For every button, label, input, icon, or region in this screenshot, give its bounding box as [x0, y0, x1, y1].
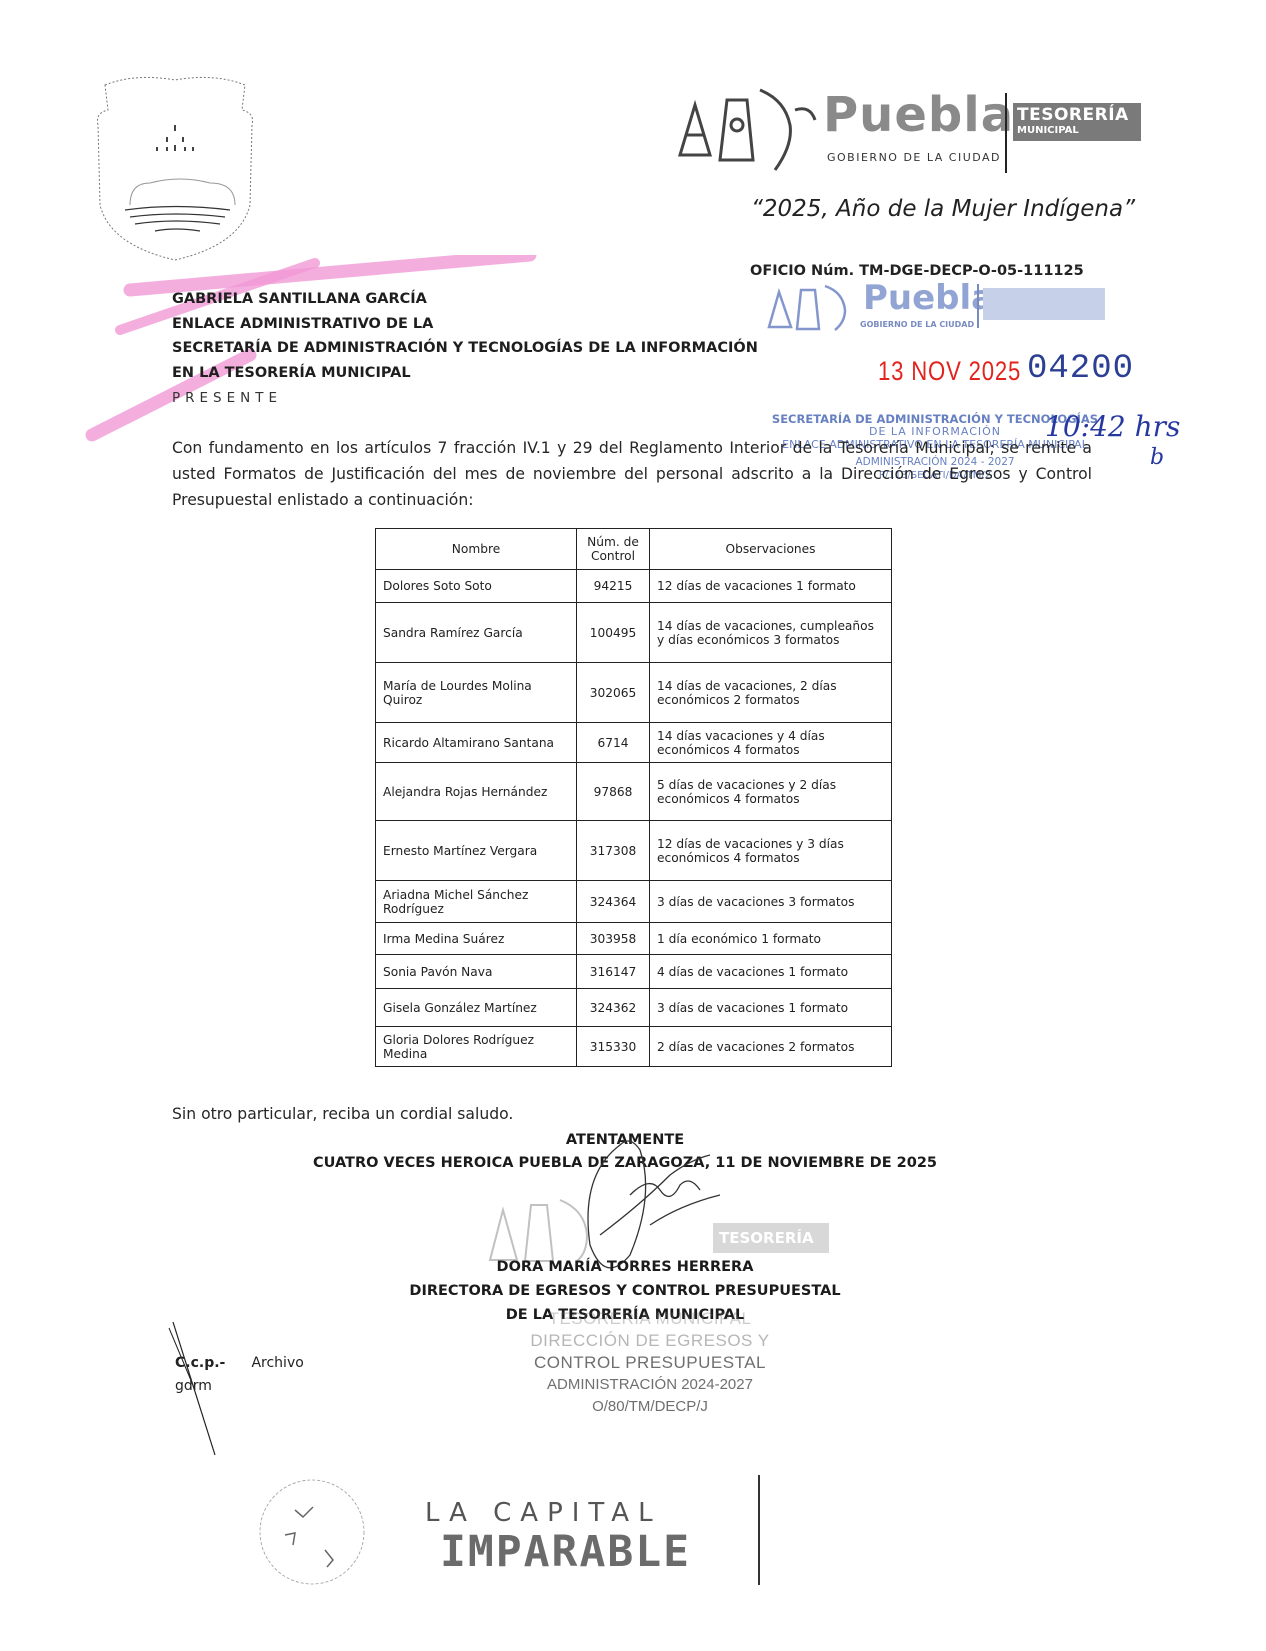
addressee-title-1: ENLACE ADMINISTRATIVO DE LA	[172, 312, 758, 337]
cell-control: 316147	[577, 955, 650, 989]
cell-name: Ricardo Altamirano Santana	[376, 723, 577, 763]
cell-observations: 12 días de vacaciones 1 formato	[650, 570, 892, 603]
table-row: Ernesto Martínez Vergara 317308 12 días …	[376, 821, 892, 881]
reception-stamp-logo: Puebla GOBIERNO DE LA CIUDAD	[765, 282, 1105, 332]
header-control: Núm. de Control	[577, 529, 650, 570]
cell-name: Gloria Dolores Rodríguez Medina	[376, 1027, 577, 1067]
addressee-title-2: SECRETARÍA DE ADMINISTRACIÓN Y TECNOLOGÍ…	[172, 336, 758, 361]
table-row: Sandra Ramírez García 100495 14 días de …	[376, 603, 892, 663]
department-stamp: TESORERÍA MUNICIPAL DIRECCIÓN DE EGRESOS…	[480, 1308, 820, 1418]
tesoreria-badge-title: TESORERÍA	[1017, 105, 1129, 125]
logo-divider	[1005, 93, 1007, 173]
reception-folio: 04200	[1027, 350, 1134, 388]
cell-control: 94215	[577, 570, 650, 603]
table-row: Alejandra Rojas Hernández 97868 5 días d…	[376, 763, 892, 821]
table-row: Irma Medina Suárez 303958 1 día económic…	[376, 923, 892, 955]
cell-control: 315330	[577, 1027, 650, 1067]
dept-stamp-line-1: TESORERÍA MUNICIPAL	[480, 1308, 820, 1330]
table-row: Gisela González Martínez 324362 3 días d…	[376, 989, 892, 1027]
header-observations: Observaciones	[650, 529, 892, 570]
table-row: Ricardo Altamirano Santana 6714 14 días …	[376, 723, 892, 763]
body-paragraph: Con fundamento en los artículos 7 fracci…	[172, 435, 1092, 513]
tesoreria-badge: TESORERÍA MUNICIPAL	[1013, 103, 1141, 141]
cell-observations: 3 días de vacaciones 3 formatos	[650, 881, 892, 923]
dept-stamp-line-3: CONTROL PRESUPUESTAL	[480, 1352, 820, 1374]
equality-seal-icon	[255, 1475, 370, 1590]
cell-control: 303958	[577, 923, 650, 955]
cell-name: Ariadna Michel Sánchez Rodríguez	[376, 881, 577, 923]
table-row: María de Lourdes Molina Quiroz 302065 14…	[376, 663, 892, 723]
stamp-logo-subtitle: GOBIERNO DE LA CIUDAD	[860, 320, 974, 329]
cc-initials: gdrm	[175, 1378, 212, 1394]
dept-stamp-line-4: ADMINISTRACIÓN 2024-2027	[480, 1374, 820, 1396]
cell-control: 324364	[577, 881, 650, 923]
table-row: Sonia Pavón Nava 316147 4 días de vacaci…	[376, 955, 892, 989]
cell-observations: 3 días de vacaciones 1 formato	[650, 989, 892, 1027]
table-row: Gloria Dolores Rodríguez Medina 315330 2…	[376, 1027, 892, 1067]
closing-greeting: Sin otro particular, reciba un cordial s…	[172, 1105, 513, 1123]
cell-name: Gisela González Martínez	[376, 989, 577, 1027]
city-crest-icon	[90, 65, 260, 265]
table-row: Dolores Soto Soto 94215 12 días de vacac…	[376, 570, 892, 603]
signatory-name: DORA MARÍA TORRES HERRERA	[300, 1255, 950, 1279]
header-name: Nombre	[376, 529, 577, 570]
cell-observations: 14 días de vacaciones, cumpleaños y días…	[650, 603, 892, 663]
cell-observations: 4 días de vacaciones 1 formato	[650, 955, 892, 989]
cell-name: Irma Medina Suárez	[376, 923, 577, 955]
stamp-logo-box	[983, 288, 1105, 320]
cell-control: 100495	[577, 603, 650, 663]
cc-label: C.c.p.-	[175, 1355, 247, 1371]
cc-line: C.c.p.- Archivo	[175, 1355, 304, 1371]
tesoreria-badge-subtitle: MUNICIPAL	[1017, 125, 1079, 136]
cell-control: 324362	[577, 989, 650, 1027]
stamp-logo-divider	[977, 284, 979, 328]
puebla-emblem-icon	[675, 85, 820, 175]
cell-name: Sonia Pavón Nava	[376, 955, 577, 989]
cell-name: Ernesto Martínez Vergara	[376, 821, 577, 881]
cell-observations: 1 día económico 1 formato	[650, 923, 892, 955]
table-header-row: Nombre Núm. de Control Observaciones	[376, 529, 892, 570]
cell-observations: 12 días de vacaciones y 3 días económico…	[650, 821, 892, 881]
logo-wordmark: Puebla	[823, 87, 1014, 143]
handwritten-initial: b	[1150, 445, 1164, 470]
dept-stamp-line-2: DIRECCIÓN DE EGRESOS Y	[480, 1330, 820, 1352]
presente-label: PRESENTE	[172, 390, 282, 406]
stamp-logo-wordmark: Puebla	[863, 278, 994, 318]
addressee-name: GABRIELA SANTILLANA GARCÍA	[172, 287, 758, 312]
signatory-title-1: DIRECTORA DE EGRESOS Y CONTROL PRESUPUES…	[300, 1279, 950, 1303]
cell-observations: 5 días de vacaciones y 2 días económicos…	[650, 763, 892, 821]
slogan-top: LA CAPITAL	[425, 1498, 662, 1528]
cell-control: 317308	[577, 821, 650, 881]
cell-name: María de Lourdes Molina Quiroz	[376, 663, 577, 723]
dept-stamp-line-5: O/80/TM/DECP/J	[480, 1396, 820, 1418]
cell-control: 302065	[577, 663, 650, 723]
cell-observations: 2 días de vacaciones 2 formatos	[650, 1027, 892, 1067]
oficio-number: OFICIO Núm. TM-DGE-DECP-O-05-111125	[750, 263, 1084, 279]
cell-name: Alejandra Rojas Hernández	[376, 763, 577, 821]
cell-observations: 14 días vacaciones y 4 días económicos 4…	[650, 723, 892, 763]
reception-date: 13 NOV 2025	[878, 356, 1021, 387]
puebla-tesoreria-logo: Puebla GOBIERNO DE LA CIUDAD TESORERÍA M…	[675, 85, 1145, 175]
cell-observations: 14 días de vacaciones, 2 días económicos…	[650, 663, 892, 723]
personnel-table: Nombre Núm. de Control Observaciones Dol…	[375, 528, 892, 1067]
logo-subtitle: GOBIERNO DE LA CIUDAD	[827, 151, 1001, 164]
cc-value: Archivo	[251, 1355, 303, 1371]
slogan-bottom: IMPARABLE	[440, 1527, 691, 1577]
year-motto: “2025, Año de la Mujer Indígena”	[600, 196, 1135, 222]
addressee-block: GABRIELA SANTILLANA GARCÍA ENLACE ADMINI…	[172, 287, 758, 385]
addressee-title-3: EN LA TESORERÍA MUNICIPAL	[172, 361, 758, 386]
puebla-emblem-stamp-icon	[765, 282, 857, 332]
cell-name: Sandra Ramírez García	[376, 603, 577, 663]
footer-divider	[758, 1475, 760, 1585]
cell-control: 97868	[577, 763, 650, 821]
cell-control: 6714	[577, 723, 650, 763]
table-row: Ariadna Michel Sánchez Rodríguez 324364 …	[376, 881, 892, 923]
cell-name: Dolores Soto Soto	[376, 570, 577, 603]
